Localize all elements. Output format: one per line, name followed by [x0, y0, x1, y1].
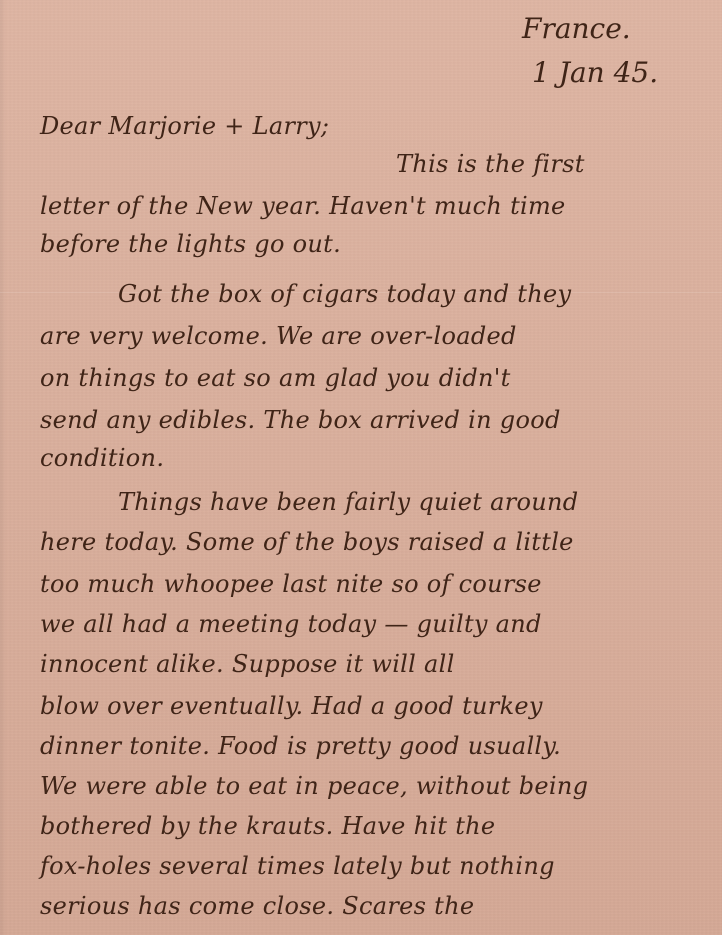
letter-line: send any edibles. The box arrived in goo…: [40, 406, 561, 434]
letter-line: too much whoopee last nite so of course: [40, 570, 542, 598]
letter-line: innocent alike. Suppose it will all: [40, 650, 455, 678]
letter-line: are very welcome. We are over-loaded: [40, 322, 517, 350]
letter-line: before the lights go out.: [40, 230, 341, 258]
letter-line: dinner tonite. Food is pretty good usual…: [40, 732, 561, 760]
letter-line: letter of the New year. Haven't much tim…: [40, 192, 566, 220]
letter-line: Got the box of cigars today and they: [118, 280, 571, 308]
letter-line: on things to eat so am glad you didn't: [40, 364, 511, 392]
letter-line: serious has come close. Scares the: [40, 892, 474, 920]
letter-line: bothered by the krauts. Have hit the: [40, 812, 495, 840]
letter-line: condition.: [40, 444, 164, 472]
letter-date: 1 Jan 45.: [532, 56, 658, 89]
letter-page: France. 1 Jan 45. Dear Marjorie + Larry;…: [0, 0, 722, 935]
letter-line: This is the first: [396, 150, 585, 178]
letter-line: fox-holes several times lately but nothi…: [40, 852, 555, 880]
letter-line: we all had a meeting today — guilty and: [40, 610, 542, 638]
letter-salutation: Dear Marjorie + Larry;: [40, 112, 329, 140]
letter-line: blow over eventually. Had a good turkey: [40, 692, 543, 720]
letter-line: Things have been fairly quiet around: [118, 488, 578, 516]
letter-place: France.: [522, 12, 631, 45]
letter-line: here today. Some of the boys raised a li…: [40, 528, 574, 556]
letter-line: We were able to eat in peace, without be…: [40, 772, 588, 800]
